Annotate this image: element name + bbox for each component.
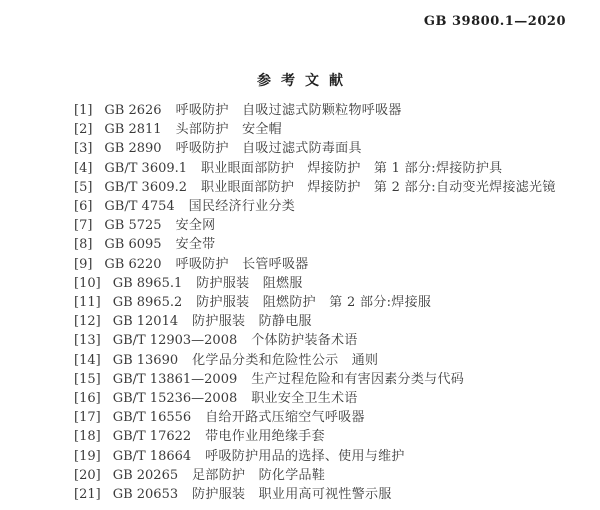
- reference-item: [17]GB/T 16556自给开路式压缩空气呼吸器: [74, 408, 588, 427]
- standard-title: 防护服装 防静电服: [192, 314, 312, 329]
- standard-title: 带电作业用绝缘手套: [205, 429, 325, 444]
- reference-item: [13]GB/T 12903—2008个体防护装备术语: [74, 331, 588, 350]
- reference-number: [17]: [74, 410, 101, 425]
- standard-code: GB 2890: [104, 141, 161, 156]
- standard-code: GB 20653: [113, 487, 178, 502]
- standard-title: 呼吸防护 长管呼吸器: [176, 257, 309, 272]
- standard-code: GB/T 17622: [113, 429, 191, 444]
- standard-code: GB 13690: [113, 353, 178, 368]
- standard-title: 自给开路式压缩空气呼吸器: [205, 410, 365, 425]
- reference-number: [2]: [74, 122, 92, 137]
- reference-number: [14]: [74, 353, 101, 368]
- reference-number: [5]: [74, 180, 92, 195]
- standard-title: 足部防护 防化学品鞋: [192, 468, 325, 483]
- standard-title: 化学品分类和危险性公示 通则: [192, 353, 378, 368]
- standard-title: 防护服装 阻燃防护 第 2 部分:焊接服: [196, 295, 431, 310]
- reference-number: [9]: [74, 257, 92, 272]
- standard-title: 国民经济行业分类: [189, 199, 295, 214]
- standard-code: GB 20265: [113, 468, 178, 483]
- reference-number: [19]: [74, 449, 101, 464]
- reference-item: [11]GB 8965.2防护服装 阻燃防护 第 2 部分:焊接服: [74, 293, 588, 312]
- standard-code: GB/T 16556: [113, 410, 191, 425]
- standard-title: 职业安全卫生术语: [251, 391, 357, 406]
- reference-number: [18]: [74, 429, 101, 444]
- reference-item: [1]GB 2626呼吸防护 自吸过滤式防颗粒物呼吸器: [74, 101, 588, 120]
- reference-number: [10]: [74, 276, 101, 291]
- reference-item: [12]GB 12014防护服装 防静电服: [74, 312, 588, 331]
- reference-item: [10]GB 8965.1防护服装 阻燃服: [74, 274, 588, 293]
- standard-code: GB/T 3609.1: [104, 161, 187, 176]
- standard-code: GB 2811: [104, 122, 161, 137]
- page-header-standard-number: GB 39800.1—2020: [424, 14, 566, 29]
- standard-code: GB 8965.2: [113, 295, 183, 310]
- reference-item: [7]GB 5725安全网: [74, 216, 588, 235]
- standard-title: 生产过程危险和有害因素分类与代码: [251, 372, 464, 387]
- reference-number: [20]: [74, 468, 101, 483]
- reference-number: [12]: [74, 314, 101, 329]
- reference-item: [6]GB/T 4754国民经济行业分类: [74, 197, 588, 216]
- standard-code: GB/T 18664: [113, 449, 191, 464]
- references-section-title: 参考文献: [0, 70, 600, 90]
- reference-number: [1]: [74, 103, 92, 118]
- reference-item: [2]GB 2811头部防护 安全帽: [74, 120, 588, 139]
- reference-number: [7]: [74, 218, 92, 233]
- standard-title: 安全网: [176, 218, 216, 233]
- reference-number: [21]: [74, 487, 101, 502]
- reference-item: [3]GB 2890呼吸防护 自吸过滤式防毒面具: [74, 139, 588, 158]
- standard-code: GB/T 15236—2008: [113, 391, 238, 406]
- reference-list: [1]GB 2626呼吸防护 自吸过滤式防颗粒物呼吸器 [2]GB 2811头部…: [74, 101, 588, 504]
- standard-title: 防护服装 阻燃服: [196, 276, 302, 291]
- standard-title: 职业眼面部防护 焊接防护 第 2 部分:自动变光焊接滤光镜: [201, 180, 556, 195]
- standard-title: 个体防护装备术语: [251, 333, 357, 348]
- reference-item: [14]GB 13690化学品分类和危险性公示 通则: [74, 351, 588, 370]
- reference-item: [20]GB 20265足部防护 防化学品鞋: [74, 466, 588, 485]
- reference-number: [8]: [74, 237, 92, 252]
- document-page: GB 39800.1—2020 参考文献 [1]GB 2626呼吸防护 自吸过滤…: [0, 0, 600, 510]
- reference-item: [8]GB 6095安全带: [74, 235, 588, 254]
- reference-item: [4]GB/T 3609.1职业眼面部防护 焊接防护 第 1 部分:焊接防护具: [74, 159, 588, 178]
- reference-number: [4]: [74, 161, 92, 176]
- reference-number: [6]: [74, 199, 92, 214]
- reference-number: [3]: [74, 141, 92, 156]
- standard-code: GB/T 13861—2009: [113, 372, 238, 387]
- reference-number: [15]: [74, 372, 101, 387]
- reference-item: [15]GB/T 13861—2009生产过程危险和有害因素分类与代码: [74, 370, 588, 389]
- reference-item: [9]GB 6220呼吸防护 长管呼吸器: [74, 255, 588, 274]
- reference-item: [5]GB/T 3609.2职业眼面部防护 焊接防护 第 2 部分:自动变光焊接…: [74, 178, 588, 197]
- standard-title: 头部防护 安全帽: [176, 122, 282, 137]
- standard-code: GB 6095: [104, 237, 161, 252]
- standard-code: GB/T 12903—2008: [113, 333, 238, 348]
- reference-number: [16]: [74, 391, 101, 406]
- standard-code: GB 12014: [113, 314, 178, 329]
- standard-title: 防护服装 职业用高可视性警示服: [192, 487, 392, 502]
- standard-title: 呼吸防护 自吸过滤式防毒面具: [176, 141, 362, 156]
- reference-item: [18]GB/T 17622带电作业用绝缘手套: [74, 427, 588, 446]
- standard-code: GB 8965.1: [113, 276, 183, 291]
- reference-number: [11]: [74, 295, 101, 310]
- standard-code: GB 6220: [104, 257, 161, 272]
- reference-number: [13]: [74, 333, 101, 348]
- standard-code: GB/T 3609.2: [104, 180, 187, 195]
- reference-item: [21]GB 20653防护服装 职业用高可视性警示服: [74, 485, 588, 504]
- standard-title: 呼吸防护 自吸过滤式防颗粒物呼吸器: [176, 103, 402, 118]
- standard-title: 职业眼面部防护 焊接防护 第 1 部分:焊接防护具: [201, 161, 502, 176]
- standard-code: GB/T 4754: [104, 199, 174, 214]
- standard-code: GB 2626: [104, 103, 161, 118]
- standard-title: 安全带: [176, 237, 216, 252]
- standard-title: 呼吸防护用品的选择、使用与维护: [205, 449, 405, 464]
- standard-code: GB 5725: [104, 218, 161, 233]
- reference-item: [16]GB/T 15236—2008职业安全卫生术语: [74, 389, 588, 408]
- reference-item: [19]GB/T 18664呼吸防护用品的选择、使用与维护: [74, 447, 588, 466]
